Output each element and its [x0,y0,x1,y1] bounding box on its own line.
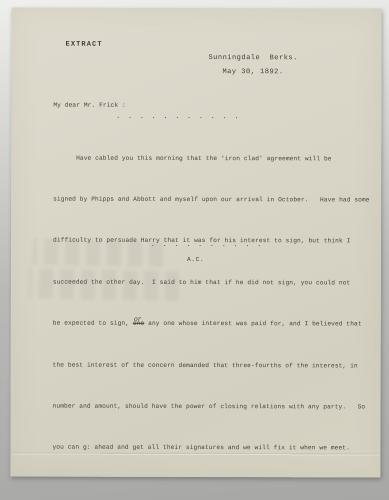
extract-label: EXTRACT [65,39,102,53]
letter-body: Have cabled you this morning that the 'i… [52,124,365,484]
place-line: Sunningdale Berks. [208,52,297,66]
letter-paper: EXTRACT Sunningdale Berks. May 30, 1892.… [10,8,381,478]
correction-after: any one whose interest was paid for, and… [144,320,361,328]
body-line: signed by Phipps and Abbott and myself u… [53,193,365,208]
divider-dots-bottom: . . . . . . . . . . [151,238,263,252]
date-line: May 30, 1892. [222,66,283,80]
body-line: succeeded the other day. I said to him t… [53,275,365,290]
handwritten-insertion: or [134,313,141,327]
salutation: My dear Mr. Frick : [53,99,125,113]
body-line: the best interest of the concern demande… [53,358,365,373]
body-line-with-correction: be expected to sign, oneor any one whose… [53,317,365,332]
body-line: number and amount, should have the power… [53,400,365,415]
signature-initials: A.C. [187,253,204,267]
scanned-letter-page: EXTRACT Sunningdale Berks. May 30, 1892.… [0,0,389,500]
struck-word: oneor [133,320,144,327]
divider-dots-top: . . . . . . . . . . . [116,110,240,124]
correction-before: be expected to sign, [53,320,133,327]
body-line: Have cabled you this morning that the 'i… [53,151,365,166]
